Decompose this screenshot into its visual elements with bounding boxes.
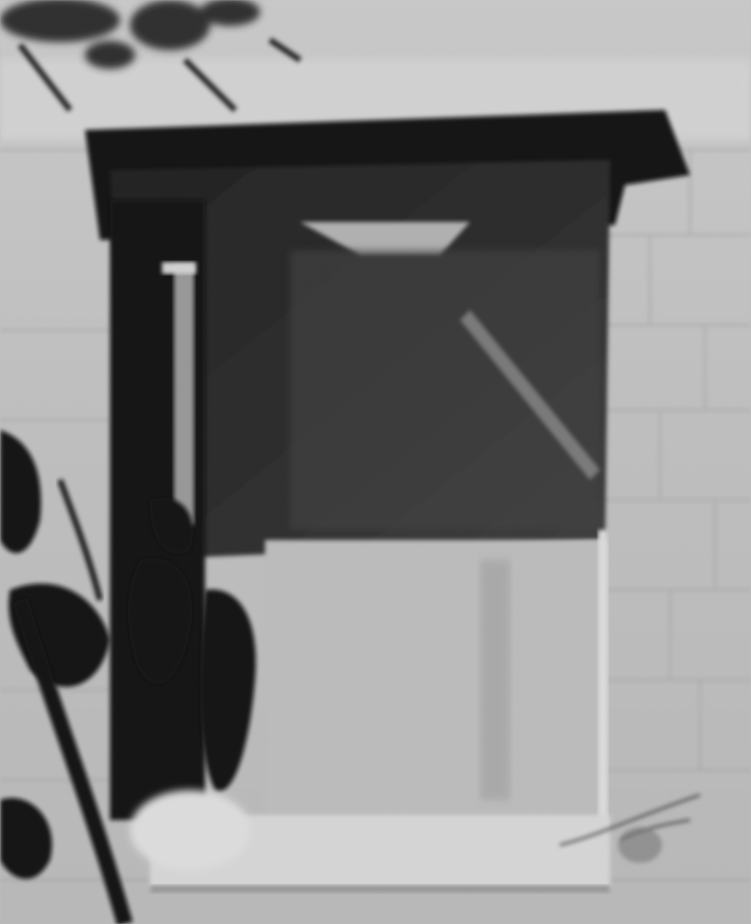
photo-scene bbox=[0, 0, 751, 924]
photograph: Grainy black-and-white photograph of a d… bbox=[0, 0, 751, 924]
